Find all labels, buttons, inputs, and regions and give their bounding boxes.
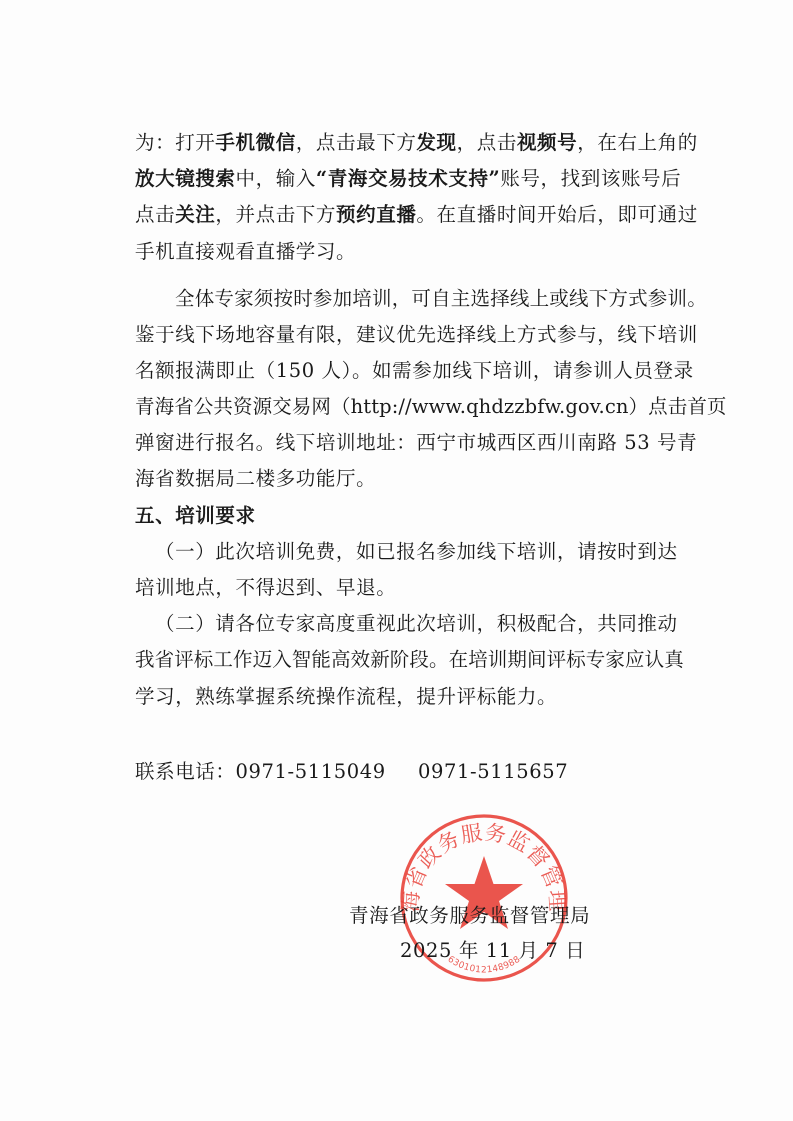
emphasized-text: 放大镜搜索: [135, 167, 236, 190]
emphasized-text: 手机微信: [215, 131, 295, 154]
text-line: 点击关注，并点击下方预约直播。在直播时间开始后，即可通过: [135, 203, 698, 227]
text-run: 手机直接观看直播学习。: [135, 240, 356, 263]
text-run: 点击: [135, 203, 175, 226]
text-line: 放大镜搜索中，输入“青海交易技术支持”账号，找到该账号后: [135, 167, 681, 191]
text-line: 名额报满即止（150 人）。如需参加线下培训，请参训人员登录: [135, 359, 694, 383]
emphasized-text: 关注: [175, 203, 215, 226]
text-run: ，在右上角的: [577, 131, 698, 154]
text-line: （一）此次培训免费，如已报名参加线下培训，请按时到达: [155, 540, 678, 564]
text-line: 鉴于线下场地容量有限，建议优先选择线上方式参与，线下培训: [135, 323, 698, 347]
text-run: 。在直播时间开始后，即可通过: [416, 203, 697, 226]
text-line: 手机直接观看直播学习。: [135, 240, 356, 264]
issuing-organization: 青海省政务服务监督管理局: [349, 904, 590, 928]
text-run: ，点击: [457, 131, 517, 154]
section-heading: 五、培训要求: [135, 504, 256, 528]
phone-number-2: 0971-5115657: [418, 760, 568, 784]
text-line: 弹窗进行报名。线下培训地址：西宁市城西区西川南路 53 号青: [135, 431, 697, 455]
text-line: （二）请各位专家高度重视此次培训，积极配合，共同推动: [155, 612, 678, 636]
emphasized-text: 视频号: [517, 131, 577, 154]
text-run: ，点击最下方: [296, 131, 417, 154]
emphasized-text: 预约直播: [336, 203, 416, 226]
text-line: 学习，熟练掌握系统操作流程，提升评标能力。: [135, 685, 557, 709]
text-run: 为：打开: [135, 131, 215, 154]
text-line: 全体专家须按时参加培训，可自主选择线上或线下方式参训。: [175, 287, 707, 311]
text-run: 中，输入: [236, 167, 316, 190]
emphasized-text: 发现: [416, 131, 456, 154]
issue-date: 2025 年 11 月 7 日: [400, 939, 585, 963]
text-line: 海省数据局二楼多功能厅。: [135, 467, 376, 491]
registration-url-line: 青海省公共资源交易网（http://www.qhdzzbfw.gov.cn）点击…: [135, 395, 727, 419]
text-run: ，并点击下方: [215, 203, 336, 226]
text-line: 培训地点，不得迟到、早退。: [135, 576, 396, 600]
contact-line: 联系电话：0971-5115049: [135, 760, 386, 784]
text-line: 为：打开手机微信，点击最下方发现，点击视频号，在右上角的: [135, 131, 698, 155]
emphasized-text: “青海交易技术支持”: [316, 167, 500, 190]
text-run: 账号，找到该账号后: [500, 167, 681, 190]
phone-number-1: 0971-5115049: [236, 760, 386, 783]
text-line: 我省评标工作迈入智能高效新阶段。在培训期间评标专家应认真: [135, 648, 684, 672]
contact-label: 联系电话：: [135, 760, 236, 783]
document-page: 为：打开手机微信，点击最下方发现，点击视频号，在右上角的 放大镜搜索中，输入“青…: [0, 0, 793, 1121]
